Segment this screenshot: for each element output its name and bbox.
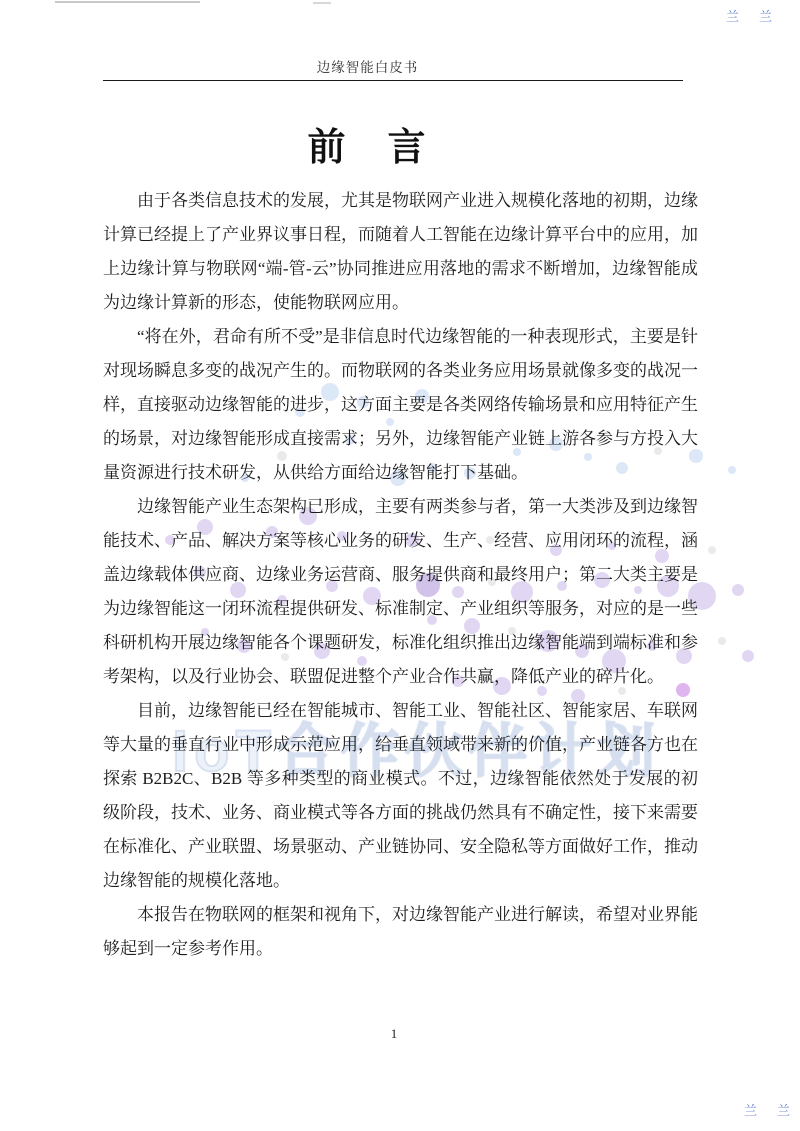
corner-mark-glyph: 兰 [726,6,739,25]
paragraph: 目前，边缘智能已经在智能城市、智能工业、智能社区、智能家居、车联网等大量的垂直行… [103,694,698,898]
paragraph: 本报告在物联网的框架和视角下，对边缘智能产业进行解读，希望对业界能够起到一定参考… [103,898,698,966]
page-title: 前 言 [50,116,685,171]
watermark-dot [728,466,736,474]
scan-artifact [313,2,331,4]
running-header: 边缘智能白皮书 [317,60,419,75]
document-page: IoT合作伙伴计划 兰兰 兰兰 边缘智能白皮书 前 言 由于各类信息技术的发展，… [0,0,800,1131]
paragraph: “将在外，君命有所不受”是非信息时代边缘智能的一种表现形式，主要是针对现场瞬息多… [103,320,698,490]
paragraph: 边缘智能产业生态架构已形成，主要有两类参与者，第一大类涉及到边缘智能技术、产品、… [103,490,698,694]
watermark-dot [732,584,744,596]
watermark-dot [718,637,726,645]
body-text: 由于各类信息技术的发展，尤其是物联网产业进入规模化落地的初期，边缘计算已经提上了… [103,184,698,966]
corner-mark-glyph: 兰 [759,6,772,25]
corner-mark-glyph: 兰 [777,1100,790,1119]
paragraph: 由于各类信息技术的发展，尤其是物联网产业进入规模化落地的初期，边缘计算已经提上了… [103,184,698,320]
watermark-dot [742,650,754,662]
corner-mark-glyph: 兰 [744,1100,757,1119]
header-rule [103,80,683,81]
corner-watermark-top-right: 兰兰 [726,6,772,25]
watermark-dot [708,546,716,554]
corner-watermark-bottom-right: 兰兰 [744,1100,790,1119]
scan-artifact [55,1,200,3]
page-number: 1 [0,1026,788,1042]
